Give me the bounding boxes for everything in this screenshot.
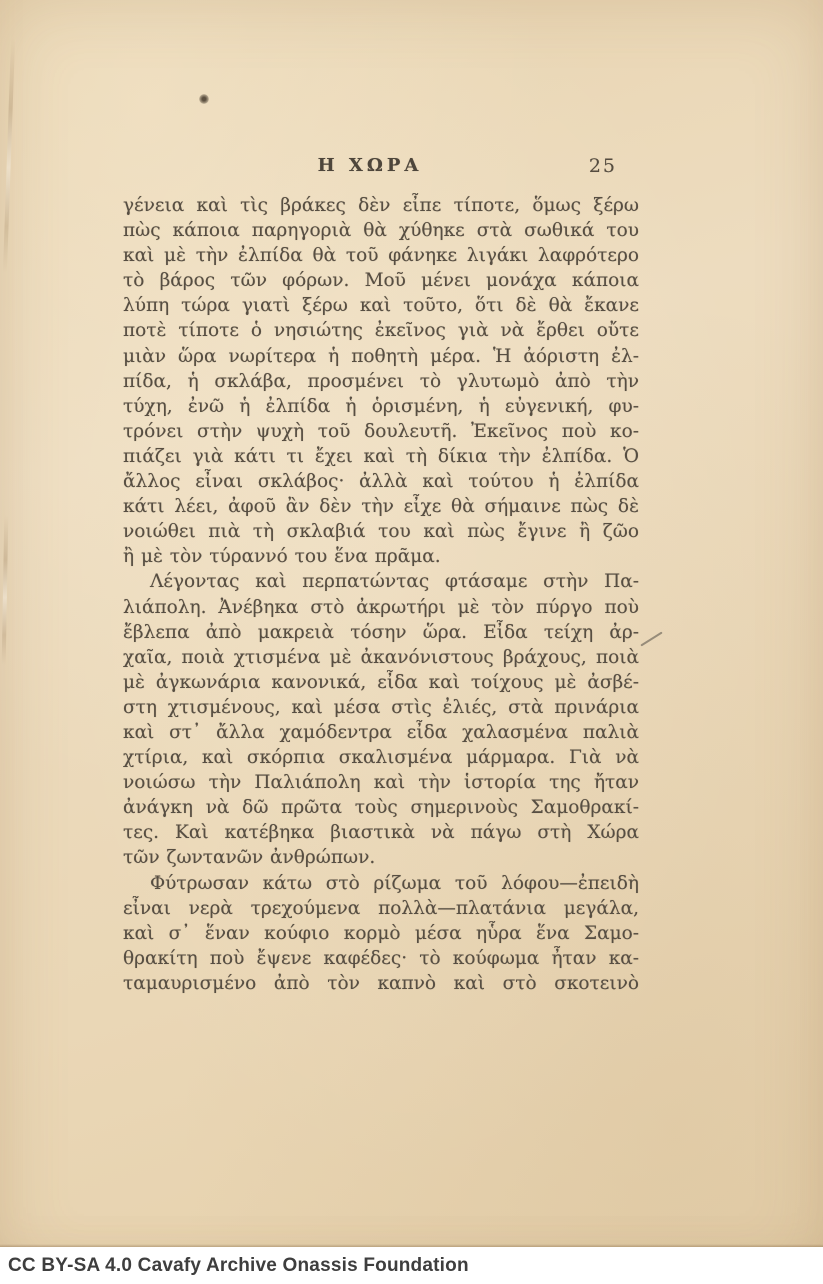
text-line: πίδα, ἡ σκλάβα, προσμένει τὸ γλυτωμὸ ἀπὸ…: [123, 369, 639, 394]
scanned-book-page: Η ΧΩΡΑ 25 γένεια καὶ τὶς βράκες δὲν εἶπε…: [0, 0, 823, 1284]
text-line: λύπη τώρα γιατὶ ξέρω καὶ τοῦτο, ὅτι δὲ θ…: [123, 293, 639, 318]
text-block: γένεια καὶ τὶς βράκες δὲν εἶπε τίποτε, ὅ…: [123, 193, 639, 996]
license-bar: CC BY-SA 4.0 Cavafy Archive Onassis Foun…: [0, 1247, 823, 1284]
text-line: Λέγοντας καὶ περπατώντας φτάσαμε στὴν Πα…: [123, 569, 639, 594]
text-line: νοιώσω τὴν Παλιάπολη καὶ τὴν ἱστορία της…: [123, 770, 639, 795]
paragraph: Φύτρωσαν κάτω στὸ ρίζωμα τοῦ λόφου—ἐπειδ…: [123, 871, 639, 996]
text-line: γένεια καὶ τὶς βράκες δὲν εἶπε τίποτε, ὅ…: [123, 193, 639, 218]
license-text: CC BY-SA 4.0 Cavafy Archive Onassis Foun…: [8, 1255, 469, 1277]
text-line: πὼς κάποια παρηγοριὰ θὰ χύθηκε στὰ σωθικ…: [123, 218, 639, 243]
text-line: νοιώθει πιὰ τὴ σκλαβιά του καὶ πὼς ἔγινε…: [123, 519, 639, 544]
text-line: λιάπολη. Ἀνέβηκα στὸ ἀκρωτήρι μὲ τὸν πύρ…: [123, 595, 639, 620]
text-line: πιάζει γιὰ κάτι τι ἔχει καὶ τὴ δίκια τὴν…: [123, 444, 639, 469]
text-line: καὶ στ᾽ ἄλλα χαμόδεντρα εἶδα χαλασμένα π…: [123, 720, 639, 745]
text-line: ἔβλεπα ἀπὸ μακρειὰ τόσην ὥρα. Εἶδα τείχη…: [123, 620, 639, 645]
paragraph: Λέγοντας καὶ περπατώντας φτάσαμε στὴν Πα…: [123, 569, 639, 870]
text-line: εἶναι νερὰ τρεχούμενα πολλὰ—πλατάνια μεγ…: [123, 896, 639, 921]
text-line: τὸ βάρος τῶν φόρων. Μοῦ μένει μονάχα κάπ…: [123, 268, 639, 293]
text-line: κάτι λέει, ἀφοῦ ἂν δὲν τὴν εἶχε θὰ σήμαι…: [123, 494, 639, 519]
pencil-mark: [640, 632, 662, 647]
text-line: τες. Καὶ κατέβηκα βιαστικὰ νὰ πάγω στὴ Χ…: [123, 820, 639, 845]
text-line: θρακίτη ποὺ ἔψενε καφέδες· τὸ κούφωμα ἦτ…: [123, 946, 639, 971]
text-line: ταμαυρισμένο ἀπὸ τὸν καπνὸ καὶ στὸ σκοτε…: [123, 971, 639, 996]
text-line: καὶ σ᾽ ἕναν κούφιο κορμὸ μέσα ηὗρα ἕνα Σ…: [123, 921, 639, 946]
page-header: Η ΧΩΡΑ 25: [123, 155, 617, 181]
text-line: χτίρια, καὶ σκόρπια σκαλισμένα μάρμαρα. …: [123, 745, 639, 770]
text-line: Φύτρωσαν κάτω στὸ ρίζωμα τοῦ λόφου—ἐπειδ…: [123, 871, 639, 896]
text-line: στη χτισμένους, καὶ μέσα στὶς ἐλιές, στὰ…: [123, 695, 639, 720]
text-line: μὲ ἀγκωνάρια κανονικά, εἶδα καὶ τοίχους …: [123, 670, 639, 695]
text-line: χαῖα, ποιὰ χτισμένα μὲ ἀκανόνιστους βράχ…: [123, 645, 639, 670]
text-line: καὶ μὲ τὴν ἐλπίδα θὰ τοῦ φάνηκε λιγάκι λ…: [123, 243, 639, 268]
paper-crease: [3, 38, 15, 273]
paragraph: γένεια καὶ τὶς βράκες δὲν εἶπε τίποτε, ὅ…: [123, 193, 639, 569]
page-number: 25: [589, 155, 617, 177]
text-line: ἄλλος εἶναι σκλάβος· ἀλλὰ καὶ τούτου ἡ ἐ…: [123, 469, 639, 494]
text-line: μιὰν ὥρα νωρίτερα ἡ ποθητὴ μέρα. Ἡ ἀόρισ…: [123, 344, 639, 369]
text-line: ἀνάγκη νὰ δῶ πρῶτα τοὺς σημερινοὺς Σαμοθ…: [123, 795, 639, 820]
text-line: τῶν ζωντανῶν ἀνθρώπων.: [123, 845, 639, 870]
ink-speck: [199, 94, 209, 104]
text-line: ποτὲ τίποτε ὁ νησιώτης ἐκεῖνος γιὰ νὰ ἔρ…: [123, 318, 639, 343]
text-line: τύχη, ἐνῶ ἡ ἐλπίδα ἡ ὁρισμένη, ἡ εὐγενικ…: [123, 394, 639, 419]
running-title: Η ΧΩΡΑ: [123, 155, 617, 176]
text-line: ἢ μὲ τὸν τύραννό του ἕνα πρᾶμα.: [123, 544, 639, 569]
text-line: τρόνει στὴν ψυχὴ τοῦ δουλευτῆ. Ἐκεῖνος π…: [123, 419, 639, 444]
paper-crease: [2, 515, 9, 665]
